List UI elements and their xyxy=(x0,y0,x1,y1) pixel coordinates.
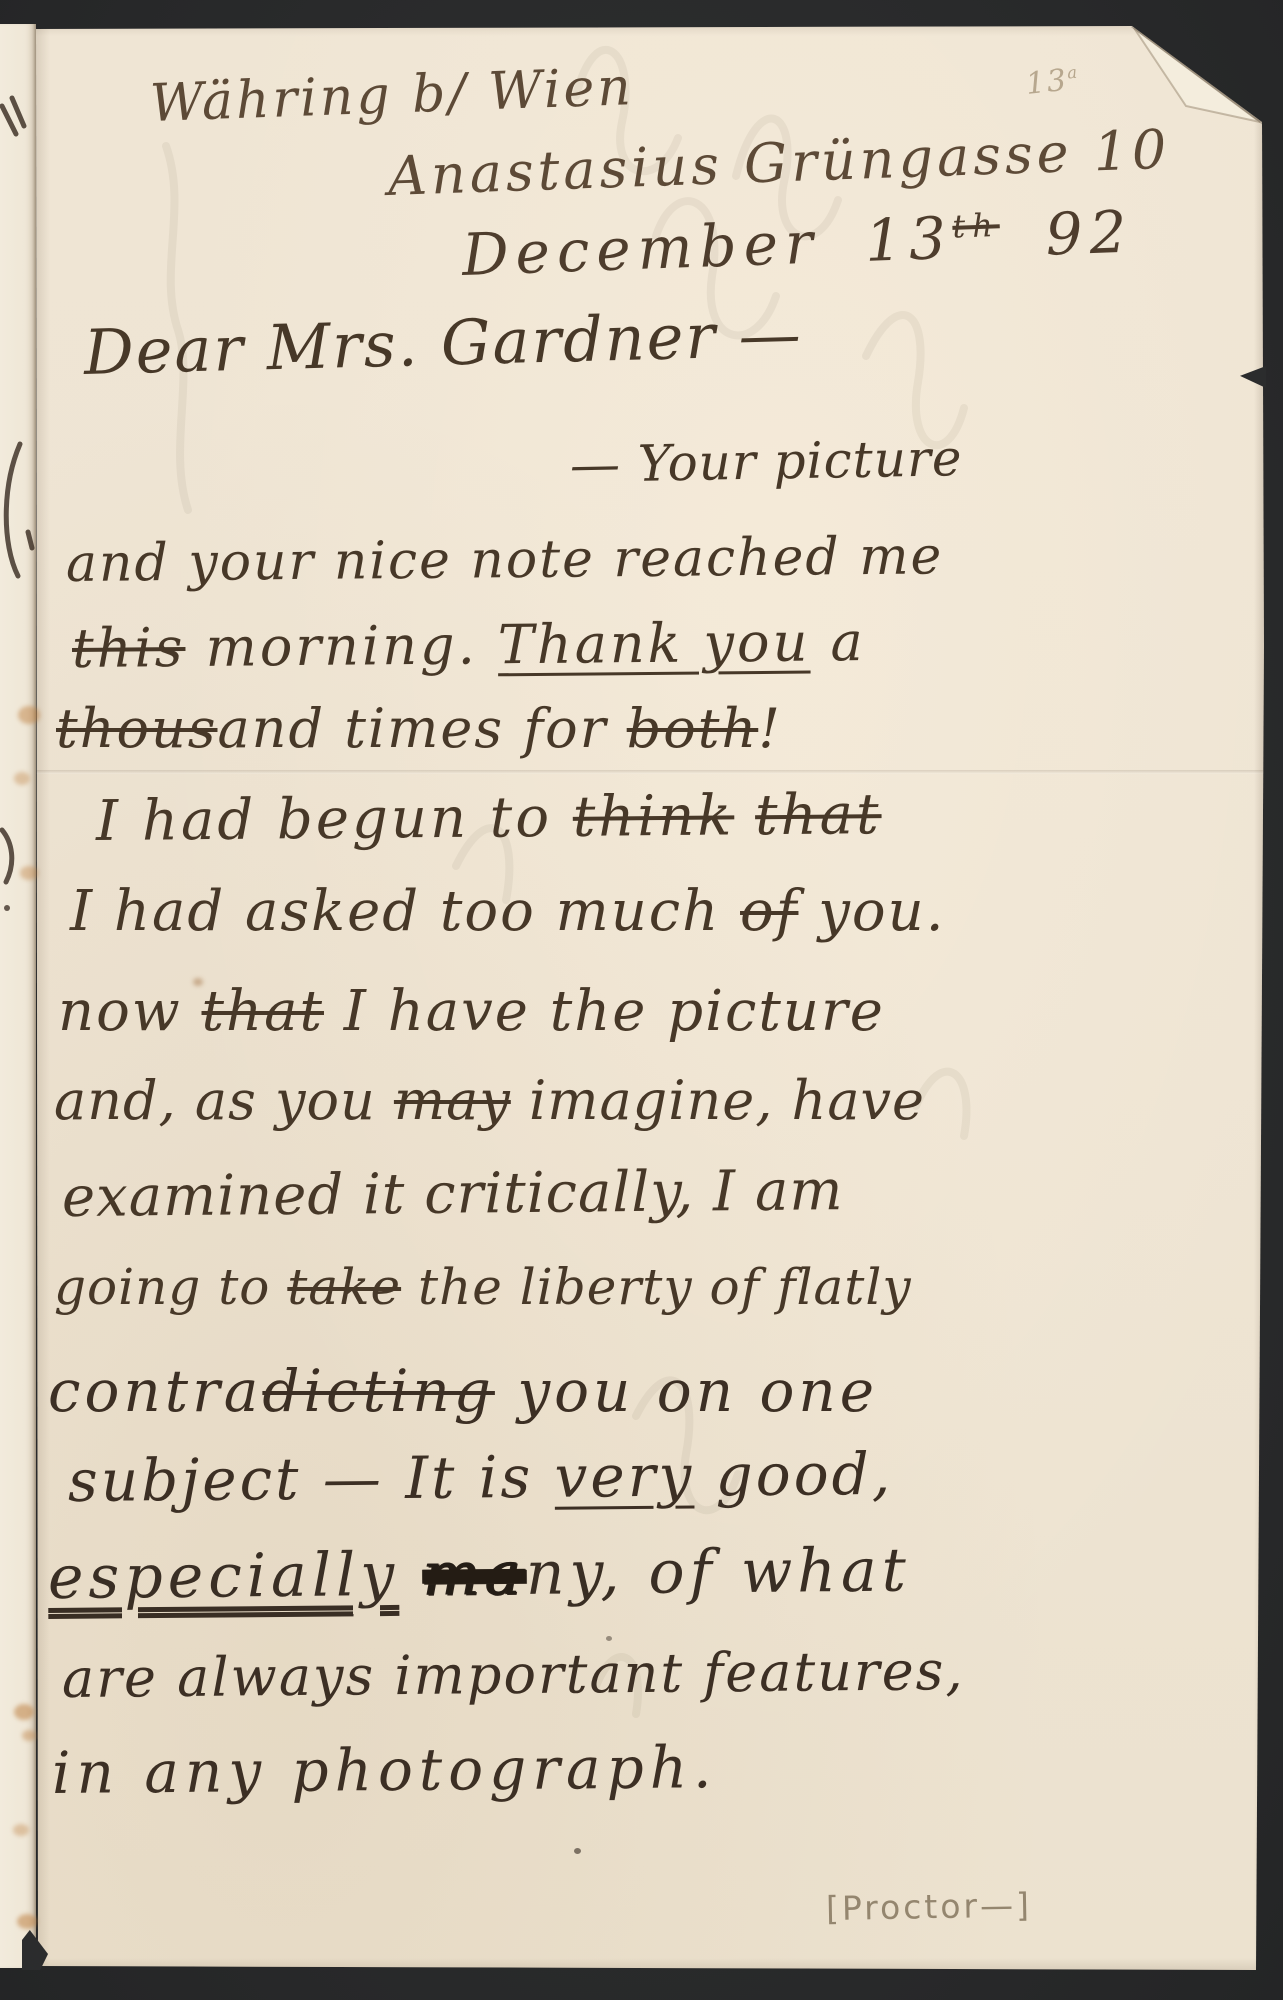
text-run: imagine, have xyxy=(511,1069,925,1132)
manuscript-line: contradicting you on one xyxy=(48,1362,878,1420)
text-run: take xyxy=(287,1258,401,1316)
text-run: 92 xyxy=(999,198,1135,271)
text-run: thous xyxy=(56,697,217,760)
text-run: and your nice note reached me xyxy=(66,526,944,594)
manuscript-line: this morning. Thank you a xyxy=(72,615,866,676)
manuscript-line: and your nice note reached me xyxy=(66,530,944,590)
pencil-annotation: 13a xyxy=(1024,64,1081,99)
text-run: both xyxy=(627,697,759,760)
text-run: think xyxy=(573,783,735,849)
fold-crease xyxy=(36,770,1264,774)
text-run: I had asked too much xyxy=(70,879,740,944)
text-run: may xyxy=(394,1069,511,1132)
text-run: now xyxy=(58,979,202,1044)
text-run: are always important features, xyxy=(62,1639,965,1710)
text-run: especially xyxy=(48,1540,400,1613)
text-run: examined it critically, I am xyxy=(62,1158,844,1230)
text-run: very xyxy=(554,1442,694,1511)
text-run: — Your picture xyxy=(569,429,962,494)
photograph-background: Währing b/ WienAnastasius Grüngasse 10De… xyxy=(0,0,1283,2000)
text-run xyxy=(734,783,755,848)
text-run: Thank you xyxy=(498,611,811,677)
text-run: I had begun to xyxy=(96,785,573,854)
manuscript-line: — Your picture xyxy=(570,433,963,490)
text-run: good, xyxy=(694,1440,894,1510)
manuscript-line: especially many, of what xyxy=(48,1540,911,1608)
text-run xyxy=(399,1540,424,1610)
pencil-annotation: [Proctor—] xyxy=(826,1888,1032,1925)
manuscript-line: thousand times for both! xyxy=(56,702,782,756)
text-run: this xyxy=(72,616,186,680)
adjacent-page-edge xyxy=(0,24,36,1968)
text-run: the liberty of flatly xyxy=(401,1258,912,1316)
text-run: a xyxy=(1066,62,1080,82)
text-run: and times for xyxy=(217,697,626,760)
manuscript-line: and, as you may imagine, have xyxy=(54,1074,925,1128)
text-run: ! xyxy=(758,697,782,760)
text-run: 13 xyxy=(1024,63,1070,102)
text-run: that xyxy=(755,782,882,848)
manuscript-line: going to take the liberty of flatly xyxy=(54,1262,912,1312)
manuscript-line: Dear Mrs. Gardner — xyxy=(83,303,803,384)
text-run: [Proctor—] xyxy=(826,1885,1033,1928)
text-run: ma xyxy=(423,1539,526,1610)
manuscript-line: are always important features, xyxy=(62,1644,965,1706)
manuscript-line: subject — It is very good, xyxy=(68,1445,894,1510)
text-run: th xyxy=(952,206,1001,246)
manuscript-line: I had begun to think that xyxy=(96,787,882,850)
text-run: and, as you xyxy=(54,1069,394,1132)
text-run: contra xyxy=(48,1357,262,1425)
manuscript-line: now that I have the picture xyxy=(58,984,885,1040)
manuscript-line: examined it critically, I am xyxy=(62,1163,844,1226)
manuscript-line: I had asked too much of you. xyxy=(70,884,946,940)
manuscript-line: in any photograph. xyxy=(52,1738,718,1802)
text-run: you on one xyxy=(495,1357,878,1425)
text-run: in any photograph. xyxy=(52,1733,718,1807)
text-run: morning. xyxy=(185,613,498,679)
text-run: ny, of what xyxy=(525,1535,911,1608)
text-run: dicting xyxy=(262,1357,495,1425)
text-run: I have the picture xyxy=(324,979,885,1044)
text-run: of xyxy=(740,879,798,944)
text-run: going to xyxy=(54,1258,287,1316)
text-run: you. xyxy=(798,879,945,944)
text-run: subject — It is xyxy=(68,1443,555,1515)
text-run: a xyxy=(810,610,866,673)
text-run: that xyxy=(202,979,324,1044)
